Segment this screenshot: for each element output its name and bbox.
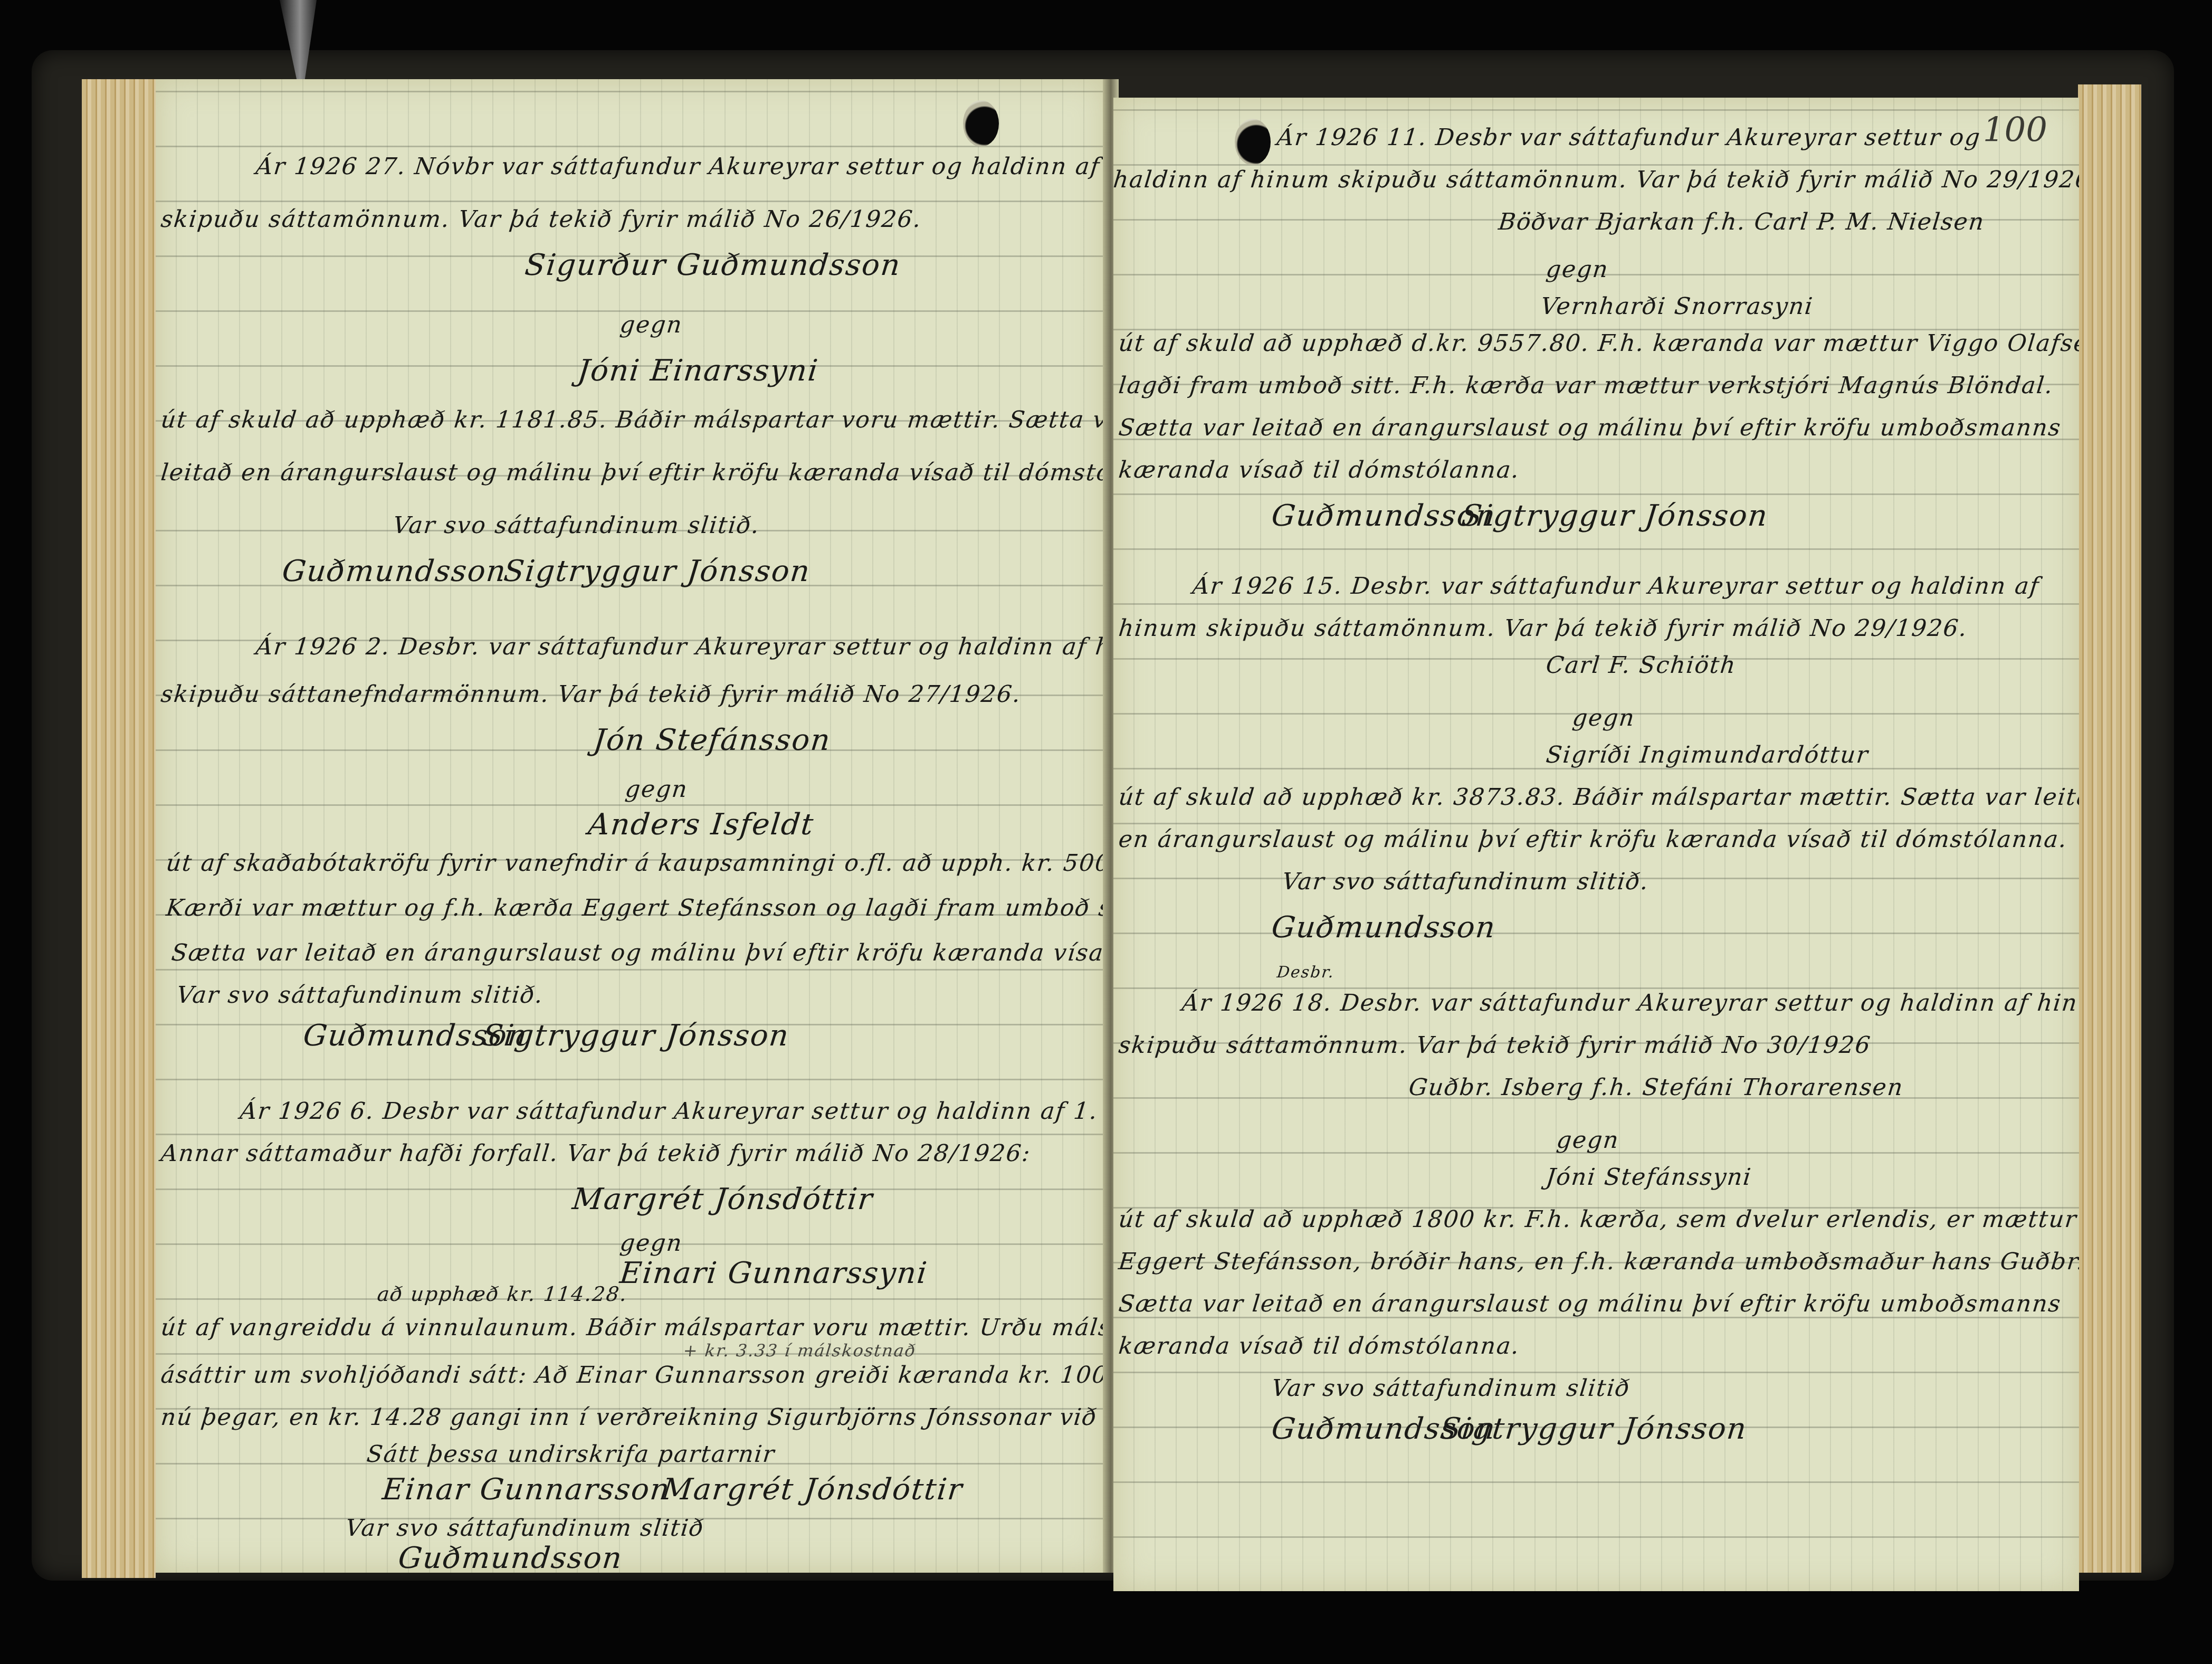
versus-label: gegn: [1555, 1127, 1620, 1154]
closing-line: Var svo sáttafundinum slitið: [1270, 1375, 1632, 1402]
left-page: Ár 1926 27. Nóvbr var sáttafundur Akurey…: [156, 79, 1105, 1573]
entry-body-line: ásáttir um svohljóðandi sátt: Að Einar G…: [159, 1362, 1105, 1389]
versus-label: gegn: [618, 1230, 684, 1257]
entry-body-line: út af vangreiddu á vinnulaunum. Báðir má…: [159, 1314, 1105, 1341]
party-signature: Einar Gunnarsson: [381, 1472, 672, 1507]
entry-body-line: Eggert Stefánsson, bróðir hans, en f.h. …: [1117, 1248, 2079, 1275]
party-signature: Margrét Jónsdóttir: [661, 1472, 965, 1507]
signature: Guðmundsson: [397, 1541, 625, 1573]
entry-heading: Ár 1926 18. Desbr. var sáttafundur Akure…: [1180, 990, 2079, 1016]
defendant-name: Einari Gunnarssyni: [618, 1256, 930, 1290]
entry-heading: Annar sáttamaður hafði forfall. Var þá t…: [159, 1140, 1032, 1167]
entry-body-line: Sætta var leitað en árangurslaust og mál…: [1117, 1290, 2063, 1317]
interlinear-note: + kr. 3.33 í málskostnað: [682, 1340, 917, 1361]
closing-line: Var svo sáttafundinum slitið: [344, 1515, 705, 1542]
entry-heading: skipuðu sáttamönnum. Var þá tekið fyrir …: [1117, 1032, 1872, 1059]
right-page: 100 Ár 1926 11. Desbr var sáttafundur Ak…: [1113, 98, 2079, 1591]
plaintiff-name: Margrét Jónsdóttir: [571, 1182, 875, 1216]
right-page-edges: [2078, 84, 2141, 1573]
entry-heading: Ár 1926 6. Desbr var sáttafundur Akureyr…: [239, 1098, 1105, 1125]
left-page-edges: [82, 79, 156, 1578]
entry-body-line: út af skuld að upphæð 1800 kr. F.h. kærð…: [1117, 1206, 2078, 1233]
entry-body-line: nú þegar, en kr. 14.28 gangi inn í verðr…: [159, 1404, 1105, 1431]
entry-body-line: kæranda vísað til dómstólanna.: [1117, 1333, 1521, 1359]
signature: Sigtryggur Jónsson: [1439, 1412, 1749, 1446]
date-correction: Desbr.: [1276, 963, 1336, 982]
entry-no-30: Desbr. Ár 1926 18. Desbr. var sáttafundu…: [1113, 98, 2079, 1591]
entry-no-28: Ár 1926 6. Desbr var sáttafundur Akureyr…: [156, 79, 1105, 1573]
plaintiff-name: Guðbr. Isberg f.h. Stefáni Thorarensen: [1407, 1074, 1905, 1101]
defendant-name: Jóni Stefánssyni: [1544, 1164, 1753, 1191]
entry-body-line: Sátt þessa undirskrifa partarnir: [365, 1441, 776, 1468]
amount-note: að upphæð kr. 114.28.: [376, 1282, 629, 1306]
